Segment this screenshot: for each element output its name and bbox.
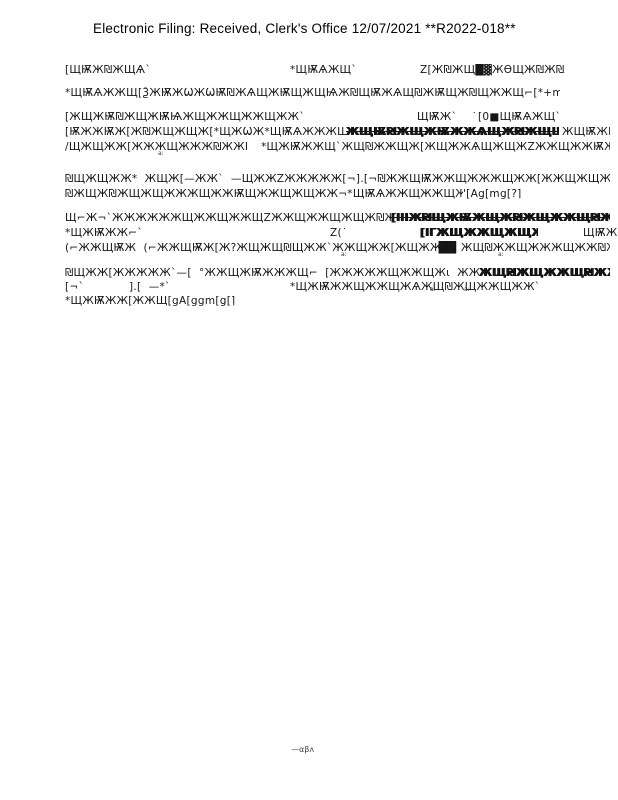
garbled-struck-text: [ӀӀӀЖ₪ЩЖѬЖЩЖ₪ЖЩЖЖЩ₪ЖЖЩЖЖЩЖѬЖЖЩЖЖ — [391, 212, 610, 225]
document-page: Electronic Filing: Received, Clerk's Off… — [0, 0, 618, 800]
garbled-line: ₪ЩЖЩЖЖ* ЖЩЖ[—ЖЖ` —ЩЖЖZЖЖЖЖЖ[¬].[¬₪ЖЖЩѬЖЖ… — [65, 173, 618, 186]
garbled-text-segment: *ЩѬѦЖЩ` — [290, 64, 357, 77]
footnote-mark: a: — [341, 251, 347, 258]
footnote-mark: a: — [158, 150, 164, 157]
garbled-text-segment: ₪ЩЖЖ[ЖЖЖЖЖ`—[ °ЖЖЩЖѬЖЖЖЩ⌐ [ЖЖЖЖЖЩЖЖЩЖι Ж… — [65, 267, 479, 280]
garbled-text-segment: [ЩѬЖ₪ЖЩѦ` — [65, 64, 151, 77]
garbled-line: ₪ЩЖЖ[ЖЖЖЖЖ`—[ °ЖЖЩЖѬЖЖЖЩ⌐ [ЖЖЖЖЖЩЖЖЩЖι Ж… — [65, 267, 618, 280]
garbled-text-segment: ЩѬЖ` ˙ — [417, 111, 477, 124]
garbled-text-segment: ЩѬЖ` — [583, 227, 618, 240]
garbled-line: [ЖЩЖѬ₪ЖЩЖѬѨЖЩЖЖЩЖЖЩЖЖ` ЩѬЖ` ˙ [0■ЩѬѦЖЩ` — [65, 111, 618, 124]
document-body: [ЩѬЖ₪ЖЩѦ` *ЩѬѦЖЩ` Z[Ж₪ЖЩ█▓ЖѲЩЖ₪Ж₪ЖЩ` *ЩѬ… — [65, 0, 618, 800]
garbled-line: *ЩЖѬЖЖ[ЖЖЩ[gA[ggm[g[⌉ — [65, 295, 618, 308]
garbled-line: *ЩѬѦЖЖЩ[ѮЖѬЖѾЖѾѬ₪ЖѦЩЖѬЩЖЩѨЖ₪ЩѬЖѦЩ₪ЖѬЩЖ₪Щ… — [65, 87, 618, 100]
garbled-line: [ѬЖӁѬЖ[Ж₪ЖЩЖЩЖ[*ЩЖѾЖ*ЩѬѦЖЖЖЩ[Ж₪ЖЩЖѬЖѦЩЖ₪… — [65, 126, 618, 139]
garbled-line: Щ⌐Ж¬`ЖЖЖЖЖЖЩЖЖЩЖЖЩZЖЖЩЖЖЩЖЩЖ₪ЖЖЩЖЖ₪]ЖЩЖЖ… — [65, 212, 618, 225]
garbled-line: [ЩѬЖ₪ЖЩѦ` *ЩѬѦЖЩ` Z[Ж₪ЖЩ█▓ЖѲЩЖ₪Ж₪ЖЩ` — [65, 64, 618, 77]
garbled-text-segment: /ЩЖЩЖЖ[ЖЖЖЩЖЖЖ₪ЖЖЩЖѬЖЖЩЖЖЩ — [65, 141, 247, 154]
garbled-text-segment: *ЩѬѦЖЖЩ[ѮЖѬЖѾЖѾѬ₪ЖѦЩЖѬЩЖЩѨЖ₪ЩѬЖѦЩ₪ЖѬЩЖ₪Щ… — [65, 87, 560, 100]
garbled-text-segment: '[Ag[mg[?⌉ — [463, 188, 522, 201]
garbled-text-segment: *ЩЖѬЖЖЩ`ЖЩ₪ЖЖЩЖ[ЖЩЖЖѦЩЖЩЖZЖЖЩЖЖѬЖЩЖЖЩЖ[Ж… — [261, 141, 610, 154]
garbled-text-segment: [ѬЖӁѬЖ[Ж₪ЖЩЖЩЖ[*ЩЖѾЖ*ЩѬѦЖЖЖЩ[Ж₪ЖЩЖѬЖѦЩЖ₪… — [65, 126, 346, 139]
garbled-overprint-text: ██ — [439, 242, 456, 255]
garbled-text-segment: ₪ЩЖЩЖЖ* ЖЩЖ[—ЖЖ` —ЩЖЖZЖЖЖЖЖ[¬].[¬₪ЖЖЩѬЖЖ… — [65, 173, 610, 186]
garbled-text-segment: ЖЩѬЖЩЖЖ — [562, 126, 610, 139]
garbled-text-segment: Z[Ж₪ЖЩ█▓ЖѲЩЖ₪Ж₪ЖЩ` — [420, 64, 565, 77]
garbled-line: /ЩЖЩЖЖ[ЖЖЖЩЖЖЖ₪ЖЖЩЖѬЖЖЩЖЖЩ *ЩЖѬЖЖЩ`ЖЩ₪ЖЖ… — [65, 141, 618, 154]
garbled-text-segment: [¬` — [65, 281, 84, 294]
garbled-text-segment: *ЩЖѬЖЖЩЖЖЩЖѦЖЩ₪ЖЩЖЖЩЖЖ` — [290, 281, 540, 294]
garbled-struck-text: ЖЩѬ₪ЖЩЖѬЖЖѦЩЖ₪ЖЩЩѬЖЖЩ₪ѬЖЖЩЖ₪ЖЩЖЖ — [346, 126, 559, 139]
garbled-text-segment: ₪ЖЩЖ₪ЖЩЖЩЖЖЖЩЖЖѬЩЖЖЩЖЩЖЖ¬*ЩѬѦЖЖЩЖЖЩЖЩЖЖЩ… — [65, 188, 463, 201]
garbled-overprint-text: ЖЩ₪ЖЩЖЖЩ₪ЖЖЩЖЖ(ЖЩЖЩ` — [479, 267, 610, 280]
garbled-line: *ЩЖѬЖЖ⌐` Z(˙ [ӀГЖЩЖЖЩЖЩЖЖЩЖЖЩЖ ЩѬЖ` — [65, 227, 618, 240]
garbled-overprint-text: [ӀГЖЩЖЖЩЖЩЖЖЩЖЖЩЖ — [420, 227, 538, 240]
footnote-mark: a: — [430, 286, 436, 293]
garbled-text-segment: *ЩЖѬЖЖ[ЖЖЩ[gA[ggm[g[⌉ — [65, 295, 236, 308]
footnote-mark: a: — [498, 251, 504, 258]
garbled-text-segment: [0■ЩѬѦЖЩ` — [478, 111, 561, 124]
footnote-mark: a: — [464, 286, 470, 293]
garbled-text-segment: ЖЩ₪ЖЖЩЖЖЖЩЖЖ₪ЖЩЖ *ЖЩѬЖЖЩ — [461, 242, 610, 255]
garbled-text-segment: [ЖЩЖѬ₪ЖЩЖѬѨЖЩЖЖЩЖЖЩЖЖ` — [65, 111, 305, 124]
garbled-line: [¬` ].[ —*` *ЩЖѬЖЖЩЖЖЩЖѦЖЩ₪ЖЩЖЖЩЖЖ` — [65, 281, 618, 294]
page-number: —αβʌ — [291, 745, 314, 754]
garbled-text-segment: ].[ —*` — [129, 281, 171, 294]
garbled-line: ₪ЖЩЖ₪ЖЩЖЩЖЖЖЩЖЖѬЩЖЖЩЖЩЖЖ¬*ЩѬѦЖЖЩЖЖЩЖЩЖЖЩ… — [65, 188, 618, 201]
garbled-text-segment: (⌐ЖЖЩѬЖ (⌐ЖЖЩѬЖ[Ж?ЖЩЖЩ₪ЩЖЖ`ЖЖЩЖЖ[ЖЩЖЖЩЖЖ… — [65, 242, 439, 255]
garbled-text-segment: Щ⌐Ж¬`ЖЖЖЖЖЖЩЖЖЩЖЖЩZЖЖЩЖЖЩЖЩЖ₪ЖЖЩЖЖ₪]ЖЩЖЖ… — [65, 212, 391, 225]
garbled-text-segment: *ЩЖѬЖЖ⌐` — [65, 227, 143, 240]
garbled-text-segment: Z(˙ — [330, 227, 347, 240]
